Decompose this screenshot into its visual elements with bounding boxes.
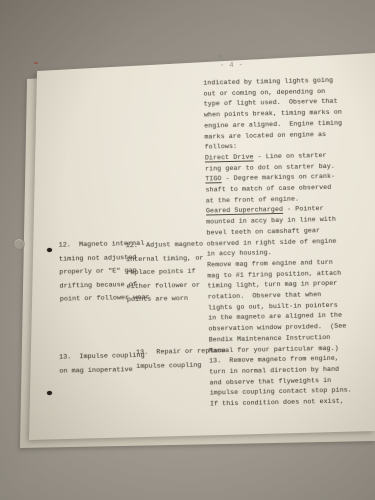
text-line: on mag inoperative [59,363,145,378]
trouble-remedy-item-13: 13. Repair or replaceimpulse coupling [136,345,229,374]
text-line: impulse coupling [136,359,228,375]
red-dust-speck [34,62,38,64]
faint-speck [219,55,223,57]
trouble-remedy-item-12: 12. Adjust magnetointernal timing, orrep… [126,238,213,308]
punch-hole-impression [13,238,25,250]
text-line: 12. Adjust magneto [126,238,212,253]
staple-hole-dot [47,248,52,252]
trouble-cause-item-13: 13. Impulse couplingon mag inoperative [59,350,146,379]
typewritten-content: - 4 - indicated by timing lights goingou… [0,0,375,500]
text-line: 13. Repair or replace [136,345,228,361]
page-number: - 4 - [220,62,244,70]
staple-hole-dot [47,391,52,395]
text-line: internal timing, or [126,252,212,267]
photo-of-document-on-desk: - 4 - indicated by timing lights goingou… [0,0,375,500]
text-line: If this condition does not exist, [210,397,346,411]
text-line: either follower or [126,279,212,294]
text-line: 13. Impulse coupling [59,350,145,365]
text-line: points are worn [127,293,213,308]
